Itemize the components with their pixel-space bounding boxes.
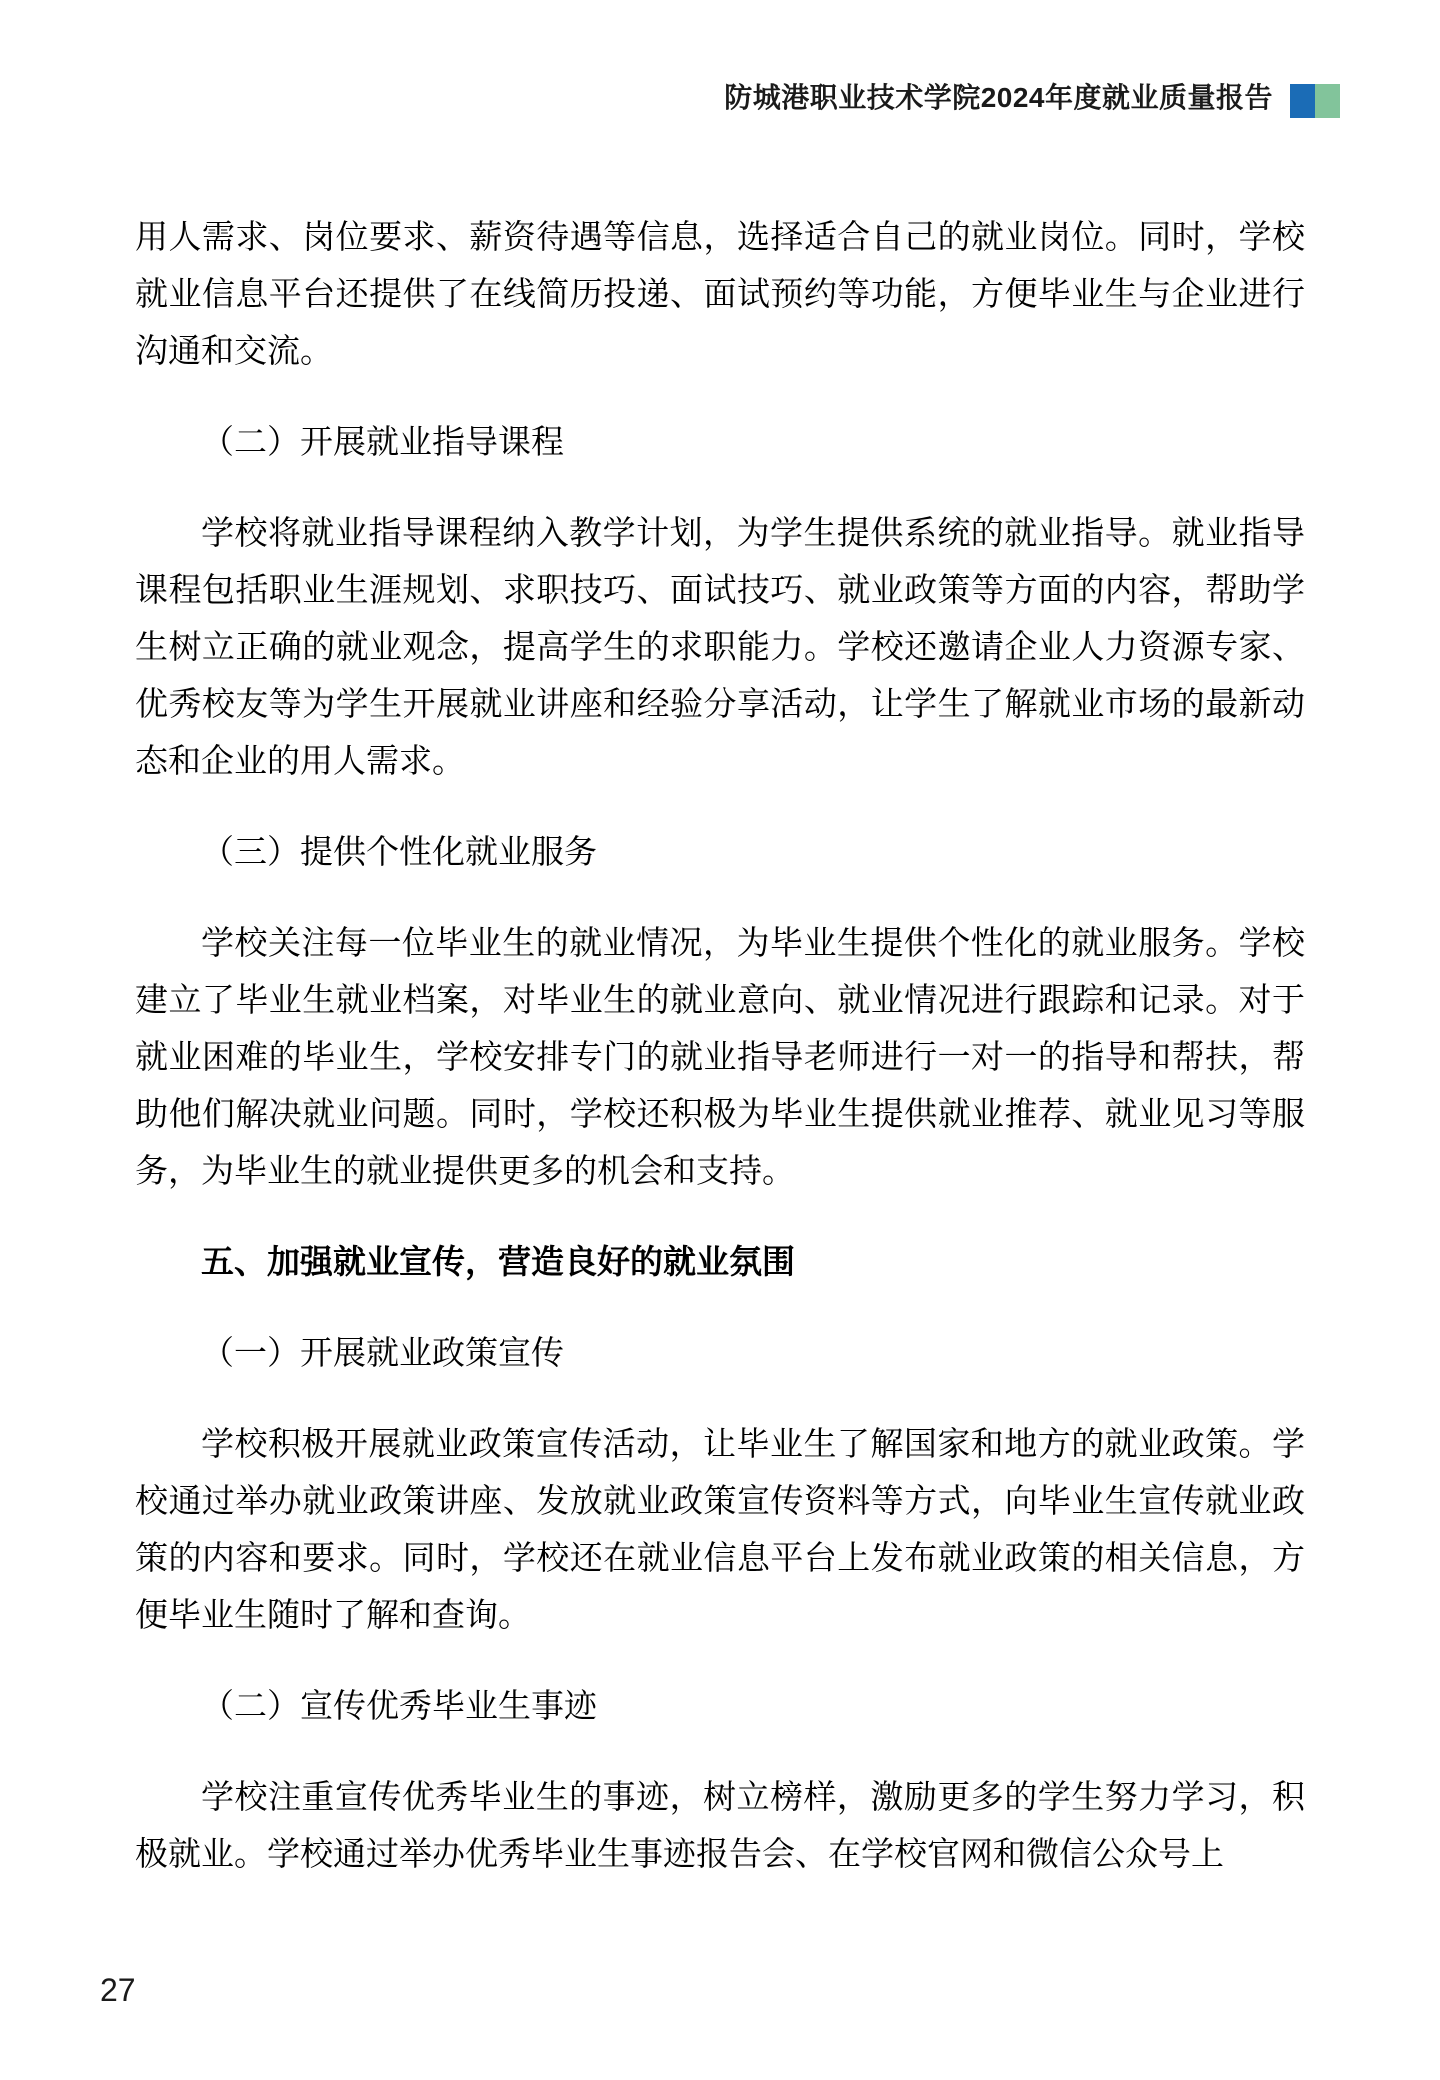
- page-content: 用人需求、岗位要求、薪资待遇等信息，选择适合自己的就业岗位。同时，学校就业信息平…: [135, 208, 1305, 1916]
- sub-heading-personalized-services: （三）提供个性化就业服务: [135, 823, 1305, 880]
- paragraph-outstanding-graduates: 学校注重宣传优秀毕业生的事迹，树立榜样，激励更多的学生努力学习，积极就业。学校通…: [135, 1768, 1305, 1882]
- sub-heading-outstanding-graduates: （二）宣传优秀毕业生事迹: [135, 1677, 1305, 1734]
- report-title: 防城港职业技术学院2024年度就业质量报告: [724, 76, 1273, 116]
- header-accent-squares: [1290, 84, 1340, 118]
- paragraph-guidance-courses: 学校将就业指导课程纳入教学计划，为学生提供系统的就业指导。就业指导课程包括职业生…: [135, 504, 1305, 789]
- sub-heading-policy-publicity: （一）开展就业政策宣传: [135, 1324, 1305, 1381]
- paragraph-policy-publicity: 学校积极开展就业政策宣传活动，让毕业生了解国家和地方的就业政策。学校通过举办就业…: [135, 1415, 1305, 1643]
- page-number: 27: [100, 1972, 136, 2008]
- page-footer: 27: [100, 1972, 136, 2009]
- page-header: 防城港职业技术学院2024年度就业质量报告: [135, 74, 1340, 118]
- paragraph-continuation: 用人需求、岗位要求、薪资待遇等信息，选择适合自己的就业岗位。同时，学校就业信息平…: [135, 208, 1305, 379]
- accent-square-blue: [1290, 84, 1315, 118]
- sub-heading-employment-guidance-courses: （二）开展就业指导课程: [135, 413, 1305, 470]
- section-heading-employment-publicity: 五、加强就业宣传，营造良好的就业氛围: [135, 1233, 1305, 1290]
- accent-square-green: [1315, 84, 1340, 118]
- paragraph-personalized-services: 学校关注每一位毕业生的就业情况，为毕业生提供个性化的就业服务。学校建立了毕业生就…: [135, 914, 1305, 1199]
- document-page: 防城港职业技术学院2024年度就业质量报告 用人需求、岗位要求、薪资待遇等信息，…: [0, 0, 1440, 2080]
